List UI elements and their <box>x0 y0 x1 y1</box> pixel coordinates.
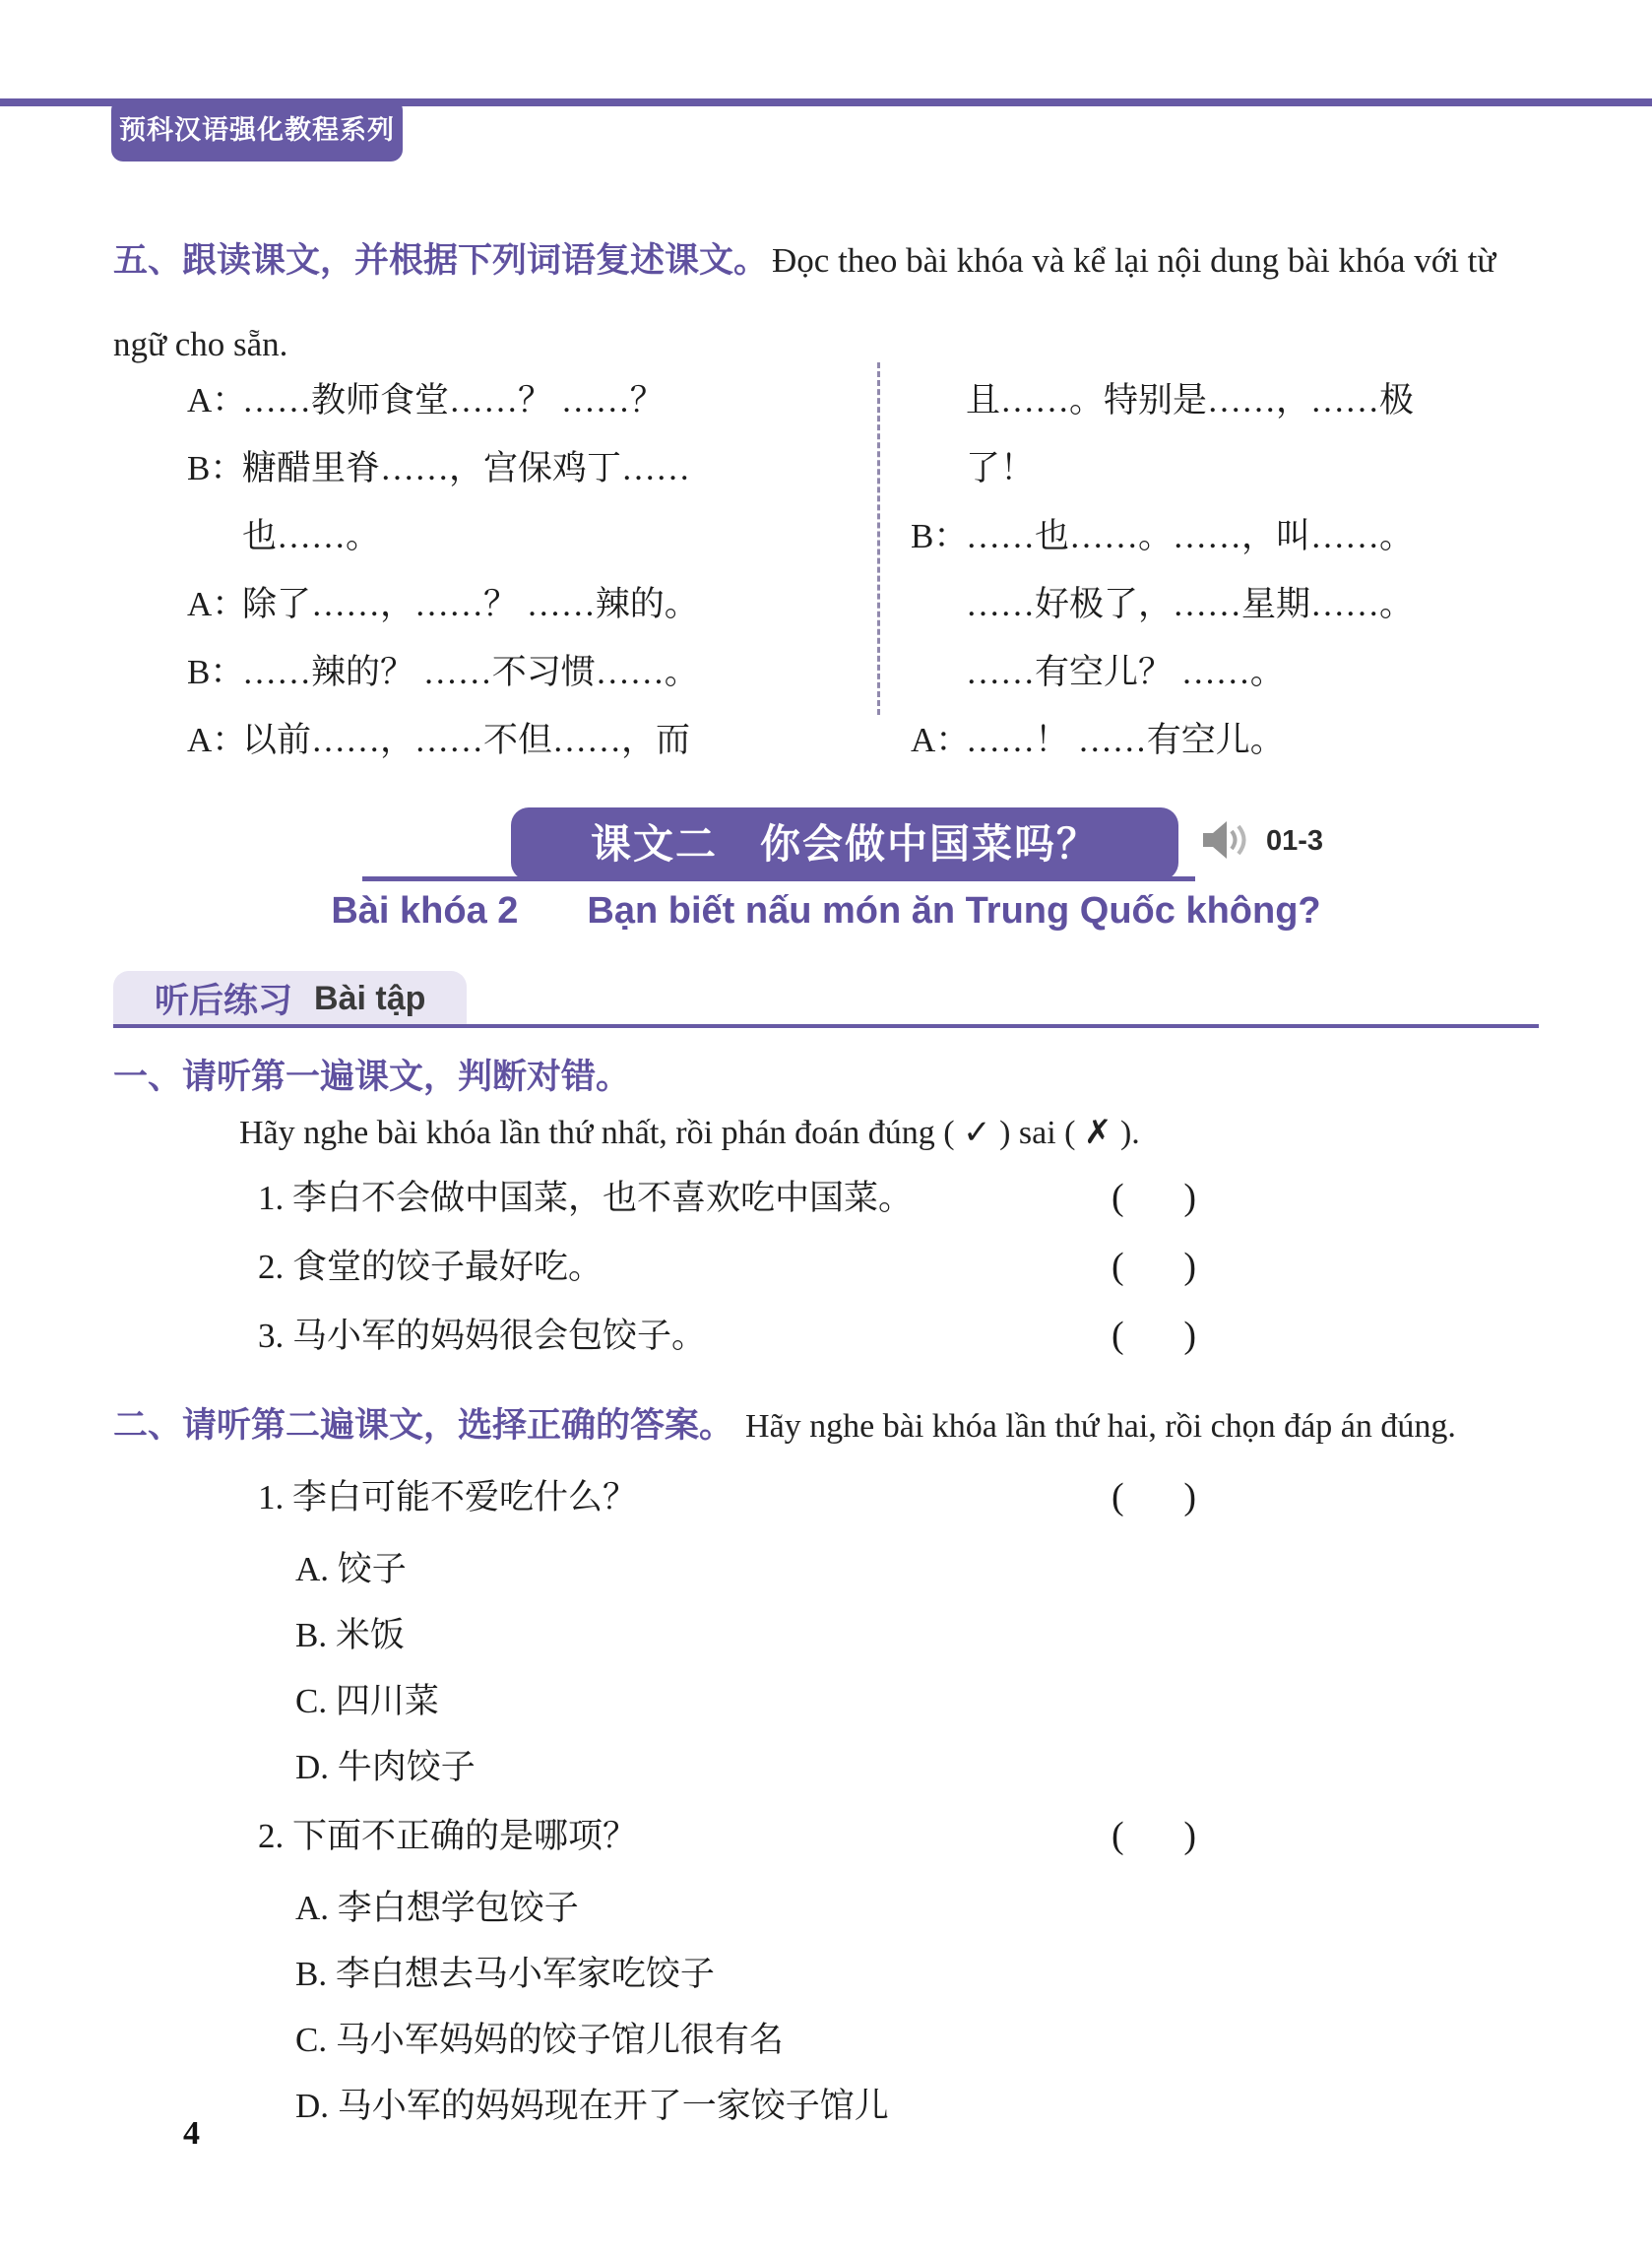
option: D. 马小军的妈妈现在开了一家饺子馆儿 <box>295 2073 889 2139</box>
exercises-tab-zh: 听后练习 <box>155 974 292 1023</box>
option: C. 四川菜 <box>295 1668 476 1734</box>
true-false-item: 1. 李白不会做中国菜，也不喜欢吃中国菜。 () <box>258 1174 1196 1222</box>
page-number: 4 <box>183 2115 200 2153</box>
item-text: 1. 李白不会做中国菜，也不喜欢吃中国菜。 <box>258 1174 913 1222</box>
section-five-title: 五、跟读课文，并根据下列词语复述课文。 <box>113 241 768 280</box>
option: C. 马小军妈妈的饺子馆儿很有名 <box>295 2007 889 2073</box>
lesson-two-banner: 课文二 你会做中国菜吗？ <box>511 807 1178 880</box>
answer-blank: () <box>1112 1174 1196 1222</box>
section-two-instruction: Hãy nghe bài khóa lần thứ hai, rồi chọn … <box>745 1408 1456 1445</box>
option: B. 李白想去马小军家吃饺子 <box>295 1941 889 2007</box>
dialogue-left-column: A：……教师食堂……？ ……？ B：糖醋里脊……，宫保鸡丁…… 也……。 A：除… <box>187 366 866 774</box>
question-text: 2. 下面不正确的是哪项？ <box>258 1812 637 1860</box>
dialogue-line: B：糖醋里脊……，宫保鸡丁…… <box>187 434 866 502</box>
option: A. 饺子 <box>295 1536 476 1602</box>
section-two-header: 二、请听第二遍课文，选择正确的答案。Hãy nghe bài khóa lần … <box>113 1398 1543 1448</box>
audio-track-label: 01-3 <box>1266 825 1323 858</box>
section-five: 五、跟读课文，并根据下列词语复述课文。 Đọc theo bài khóa và… <box>113 223 1543 390</box>
question-one: 1. 李白可能不爱吃什么？ () <box>258 1473 1196 1521</box>
dialogue-line: A：以前……，……不但……，而 <box>187 706 866 774</box>
option: D. 牛肉饺子 <box>295 1734 476 1800</box>
true-false-item: 3. 马小军的妈妈很会包饺子。 () <box>258 1312 1196 1360</box>
answer-blank: () <box>1112 1243 1196 1291</box>
option: B. 米饭 <box>295 1602 476 1668</box>
dialogue-column-divider <box>877 362 880 715</box>
dialogue-line: ……好极了，……星期……。 <box>911 570 1549 638</box>
section-one-title: 一、请听第一遍课文，判断对错。 <box>113 1050 630 1099</box>
header-badge: 预科汉语强化教程系列 听力课本 2 <box>111 98 403 161</box>
dialogue-line: B：……也……。……，叫……。 <box>911 502 1549 570</box>
dialogue-line: 且……。特别是……，……极 <box>911 366 1549 434</box>
answer-blank: () <box>1112 1812 1196 1860</box>
answer-blank: () <box>1112 1312 1196 1360</box>
answer-blank: () <box>1112 1473 1196 1521</box>
exercises-tab: 听后练习 Bài tập <box>113 971 467 1026</box>
true-false-list: 1. 李白不会做中国菜，也不喜欢吃中国菜。 () 2. 食堂的饺子最好吃。 ()… <box>258 1174 1196 1381</box>
question-two-options: A. 李白想学包饺子 B. 李白想去马小军家吃饺子 C. 马小军妈妈的饺子馆儿很… <box>295 1875 889 2139</box>
dialogue-line: ……有空儿？ ……。 <box>911 638 1549 706</box>
speaker-icon <box>1201 817 1252 863</box>
lesson-two-subtitle-label: Bài khóa 2 <box>331 890 518 933</box>
question-two: 2. 下面不正确的是哪项？ () <box>258 1812 1196 1860</box>
dialogue-line: B：……辣的？ ……不习惯……。 <box>187 638 866 706</box>
dialogue-line: A：除了……，……？ ……辣的。 <box>187 570 866 638</box>
dialogue-line: 也……。 <box>187 502 866 570</box>
exercises-tab-rule <box>113 1024 1539 1028</box>
dialogue-line: A：……教师食堂……？ ……？ <box>187 366 866 434</box>
item-text: 3. 马小军的妈妈很会包饺子。 <box>258 1312 706 1360</box>
item-text: 2. 食堂的饺子最好吃。 <box>258 1243 603 1291</box>
textbook-page: 预科汉语强化教程系列 听力课本 2 五、跟读课文，并根据下列词语复述课文。 Đọ… <box>0 0 1652 2257</box>
true-false-item: 2. 食堂的饺子最好吃。 () <box>258 1243 1196 1291</box>
lesson-two-subtitle: Bài khóa 2 Bạn biết nấu món ăn Trung Quố… <box>113 890 1539 933</box>
question-text: 1. 李白可能不爱吃什么？ <box>258 1473 637 1521</box>
section-one-instruction: Hãy nghe bài khóa lần thứ nhất, rồi phán… <box>239 1113 1140 1152</box>
option: A. 李白想学包饺子 <box>295 1875 889 1941</box>
dialogue-line: A：……！ ……有空儿。 <box>911 706 1549 774</box>
dialogue-right-column: 且……。特别是……，……极 了！ B：……也……。……，叫……。 ……好极了，…… <box>911 366 1549 774</box>
lesson-two-subtitle-question: Bạn biết nấu món ăn Trung Quốc không? <box>587 890 1320 933</box>
dialogue-line: 了！ <box>911 434 1549 502</box>
question-one-options: A. 饺子 B. 米饭 C. 四川菜 D. 牛肉饺子 <box>295 1536 476 1800</box>
section-two-title: 二、请听第二遍课文，选择正确的答案。 <box>113 1406 733 1445</box>
exercises-tab-vi: Bài tập <box>314 980 425 1018</box>
